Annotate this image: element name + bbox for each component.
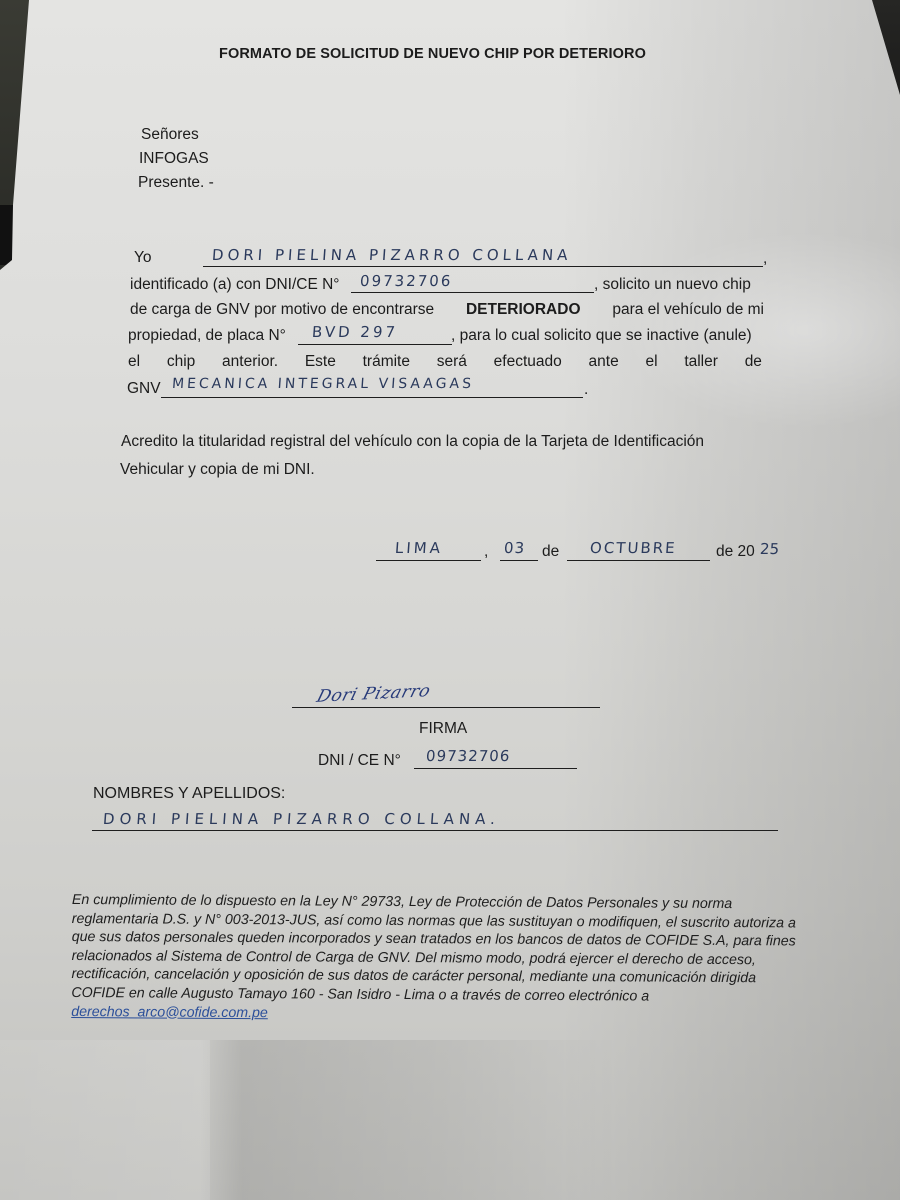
workshop-period: .: [584, 381, 588, 399]
paper-sheet: FORMATO DE SOLICITUD DE NUEVO CHIP POR D…: [0, 0, 900, 1200]
salutation-line-2: INFOGAS: [139, 150, 209, 168]
plate-underline: [298, 344, 452, 345]
body-line-5-word: el: [645, 353, 657, 371]
handwritten-full-name: DORI PIELINA PIZARRO COLLANA: [211, 246, 572, 264]
body-line-5-word: Este: [305, 353, 336, 371]
workshop-underline: [161, 397, 583, 398]
body-line-3-suffix: para el vehículo de mi: [612, 301, 764, 319]
body-line-5-word: chip: [167, 353, 195, 371]
body-line-5-word: efectuado: [494, 353, 562, 371]
handwritten-signature: Dori Pizarro: [314, 681, 432, 707]
handwritten-year-suffix: 25: [759, 540, 779, 558]
handwritten-city: LIMA: [394, 539, 443, 557]
background-surface-left-dark: [0, 205, 14, 265]
salutation-line-3: Presente. -: [138, 174, 214, 192]
body-line-5-word: anterior.: [222, 353, 278, 371]
names-underline: [92, 830, 778, 831]
legal-notice-text: En cumplimiento de lo dispuesto en la Le…: [71, 892, 796, 1004]
signature-underline: [292, 707, 600, 708]
plate-suffix: , para lo cual solicito que se inactive …: [451, 327, 752, 345]
accreditation-line-2: Vehicular y copia de mi DNI.: [120, 461, 315, 479]
signature-dni-underline: [414, 768, 577, 769]
names-label: NOMBRES Y APELLIDOS:: [93, 785, 285, 803]
paper-fold-highlight: [0, 1040, 210, 1200]
handwritten-dni: 09732706: [359, 272, 453, 290]
body-line-5-word: taller: [684, 353, 718, 371]
salutation-line-1: Señores: [141, 126, 199, 144]
name-comma: ,: [763, 250, 767, 268]
yo-label: Yo: [134, 249, 152, 267]
handwritten-signature-dni: 09732706: [425, 747, 511, 765]
body-line-5-word: de: [745, 353, 762, 371]
body-line-3-prefix: de carga de GNV por motivo de encontrars…: [130, 301, 434, 319]
dni-suffix: , solicito un nuevo chip: [594, 276, 751, 294]
body-line-5-word: será: [437, 353, 467, 371]
handwritten-day: 03: [503, 539, 525, 557]
dni-underline: [351, 292, 594, 293]
paper-fold-shadow: [200, 1040, 620, 1200]
body-line-5-word: el: [128, 353, 140, 371]
name-underline: [203, 266, 763, 267]
email-link[interactable]: derechos_arco@cofide.com.pe: [71, 1004, 268, 1021]
month-underline: [567, 560, 710, 561]
body-line-5-word: ante: [589, 353, 619, 371]
deteriorado-text: DETERIORADO: [466, 301, 581, 319]
legal-notice: En cumplimiento de lo dispuesto en la Le…: [71, 891, 812, 1026]
handwritten-workshop: MECANICA INTEGRAL VISAAGAS: [171, 376, 474, 392]
body-line-5-word: trámite: [363, 353, 410, 371]
document-title: FORMATO DE SOLICITUD DE NUEVO CHIP POR D…: [219, 46, 646, 62]
date-de-2: de 20: [716, 543, 755, 561]
handwritten-plate: BVD 297: [311, 323, 398, 341]
firma-label: FIRMA: [419, 720, 467, 738]
gnv-label: GNV: [127, 380, 161, 398]
city-underline: [376, 560, 481, 561]
accreditation-line-1: Acredito la titularidad registral del ve…: [121, 433, 704, 451]
signature-dni-label: DNI / CE N°: [318, 752, 401, 770]
handwritten-month: OCTUBRE: [589, 539, 677, 557]
body-line-3: de carga de GNV por motivo de encontrars…: [130, 301, 764, 319]
handwritten-names: DORI PIELINA PIZARRO COLLANA.: [102, 810, 500, 828]
date-comma: ,: [484, 543, 488, 561]
date-de-1: de: [542, 543, 559, 561]
plate-label: propiedad, de placa N°: [128, 327, 286, 345]
body-line-5: elchipanterior.Estetrámiteseráefectuadoa…: [128, 353, 762, 371]
dni-label: identificado (a) con DNI/CE N°: [130, 276, 340, 294]
day-underline: [500, 560, 538, 561]
